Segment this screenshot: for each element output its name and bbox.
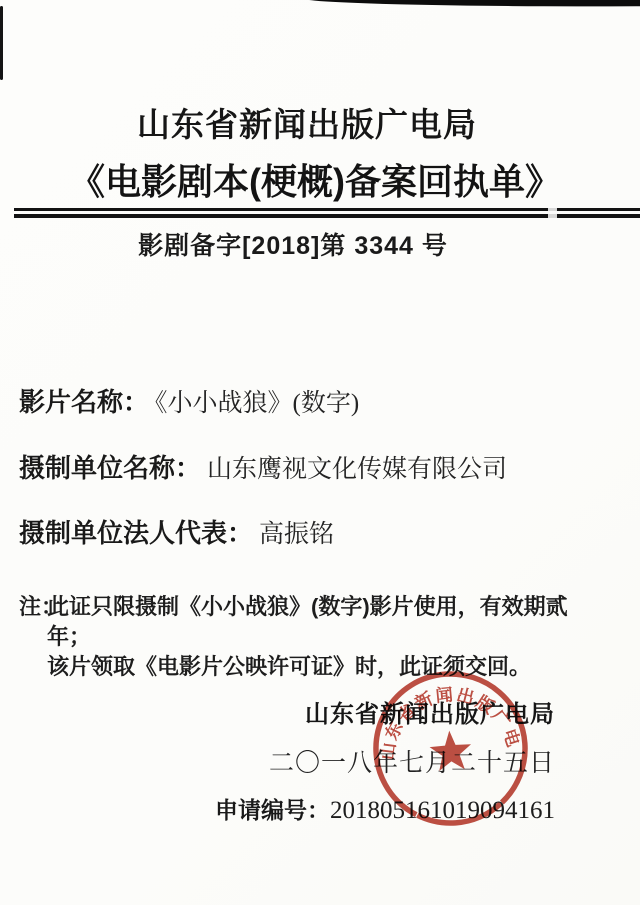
document-number: 影剧备字[2018]第 3344 号 bbox=[0, 226, 586, 262]
document-title: 《电影剧本(梗概)备案回执单》 bbox=[0, 154, 630, 205]
field-production-unit: 摄制单位名称：山东鹰视文化传媒有限公司 bbox=[19, 448, 507, 485]
signature-issuer: 山东省新闻出版广电局 bbox=[215, 694, 555, 729]
note-line-1: 此证只限摄制《小小战狼》(数字)影片使用，有效期贰年； bbox=[47, 592, 604, 652]
scanned-document-page: 山东省新闻出版广电局 《电影剧本(梗概)备案回执单》 影剧备字[2018]第 3… bbox=[0, 0, 640, 905]
field-legal-representative: 摄制单位法人代表：高振铭 bbox=[19, 513, 334, 550]
application-number-value: 201805161019094161 bbox=[330, 797, 555, 824]
application-number-line: 申请编号：201805161019094161 bbox=[215, 792, 555, 825]
scan-top-edge-shadow bbox=[300, 0, 640, 8]
signature-block: 山东省新闻出版广电局 二〇一八年七月二十五日 申请编号：201805161019… bbox=[215, 694, 555, 825]
field-film-title-value: 《小小战狼》(数字) bbox=[155, 390, 359, 417]
field-film-title: 影片名称：《小小战狼》(数字) bbox=[19, 382, 359, 419]
application-number-label: 申请编号： bbox=[215, 797, 330, 823]
note-prefix: 注： bbox=[19, 592, 63, 622]
note-section: 注： 此证只限摄制《小小战狼》(数字)影片使用，有效期贰年； 该片领取《电影片公… bbox=[19, 592, 604, 682]
field-production-unit-value: 山东鹰视文化传媒有限公司 bbox=[207, 456, 507, 483]
note-body: 此证只限摄制《小小战狼》(数字)影片使用，有效期贰年； 该片领取《电影片公映许可… bbox=[19, 592, 604, 682]
field-film-title-label: 影片名称： bbox=[19, 387, 149, 417]
field-legal-representative-value: 高振铭 bbox=[259, 521, 334, 548]
signature-date: 二〇一八年七月二十五日 bbox=[215, 743, 555, 779]
header-divider-break bbox=[548, 206, 557, 220]
scan-left-edge-line bbox=[0, 6, 3, 80]
issuer-title: 山东省新闻出版广电局 bbox=[0, 99, 614, 146]
field-legal-representative-label: 摄制单位法人代表： bbox=[19, 518, 253, 548]
header-divider bbox=[14, 208, 640, 218]
field-production-unit-label: 摄制单位名称： bbox=[19, 453, 201, 483]
note-line-2: 该片领取《电影片公映许可证》时，此证须交回。 bbox=[47, 652, 604, 682]
